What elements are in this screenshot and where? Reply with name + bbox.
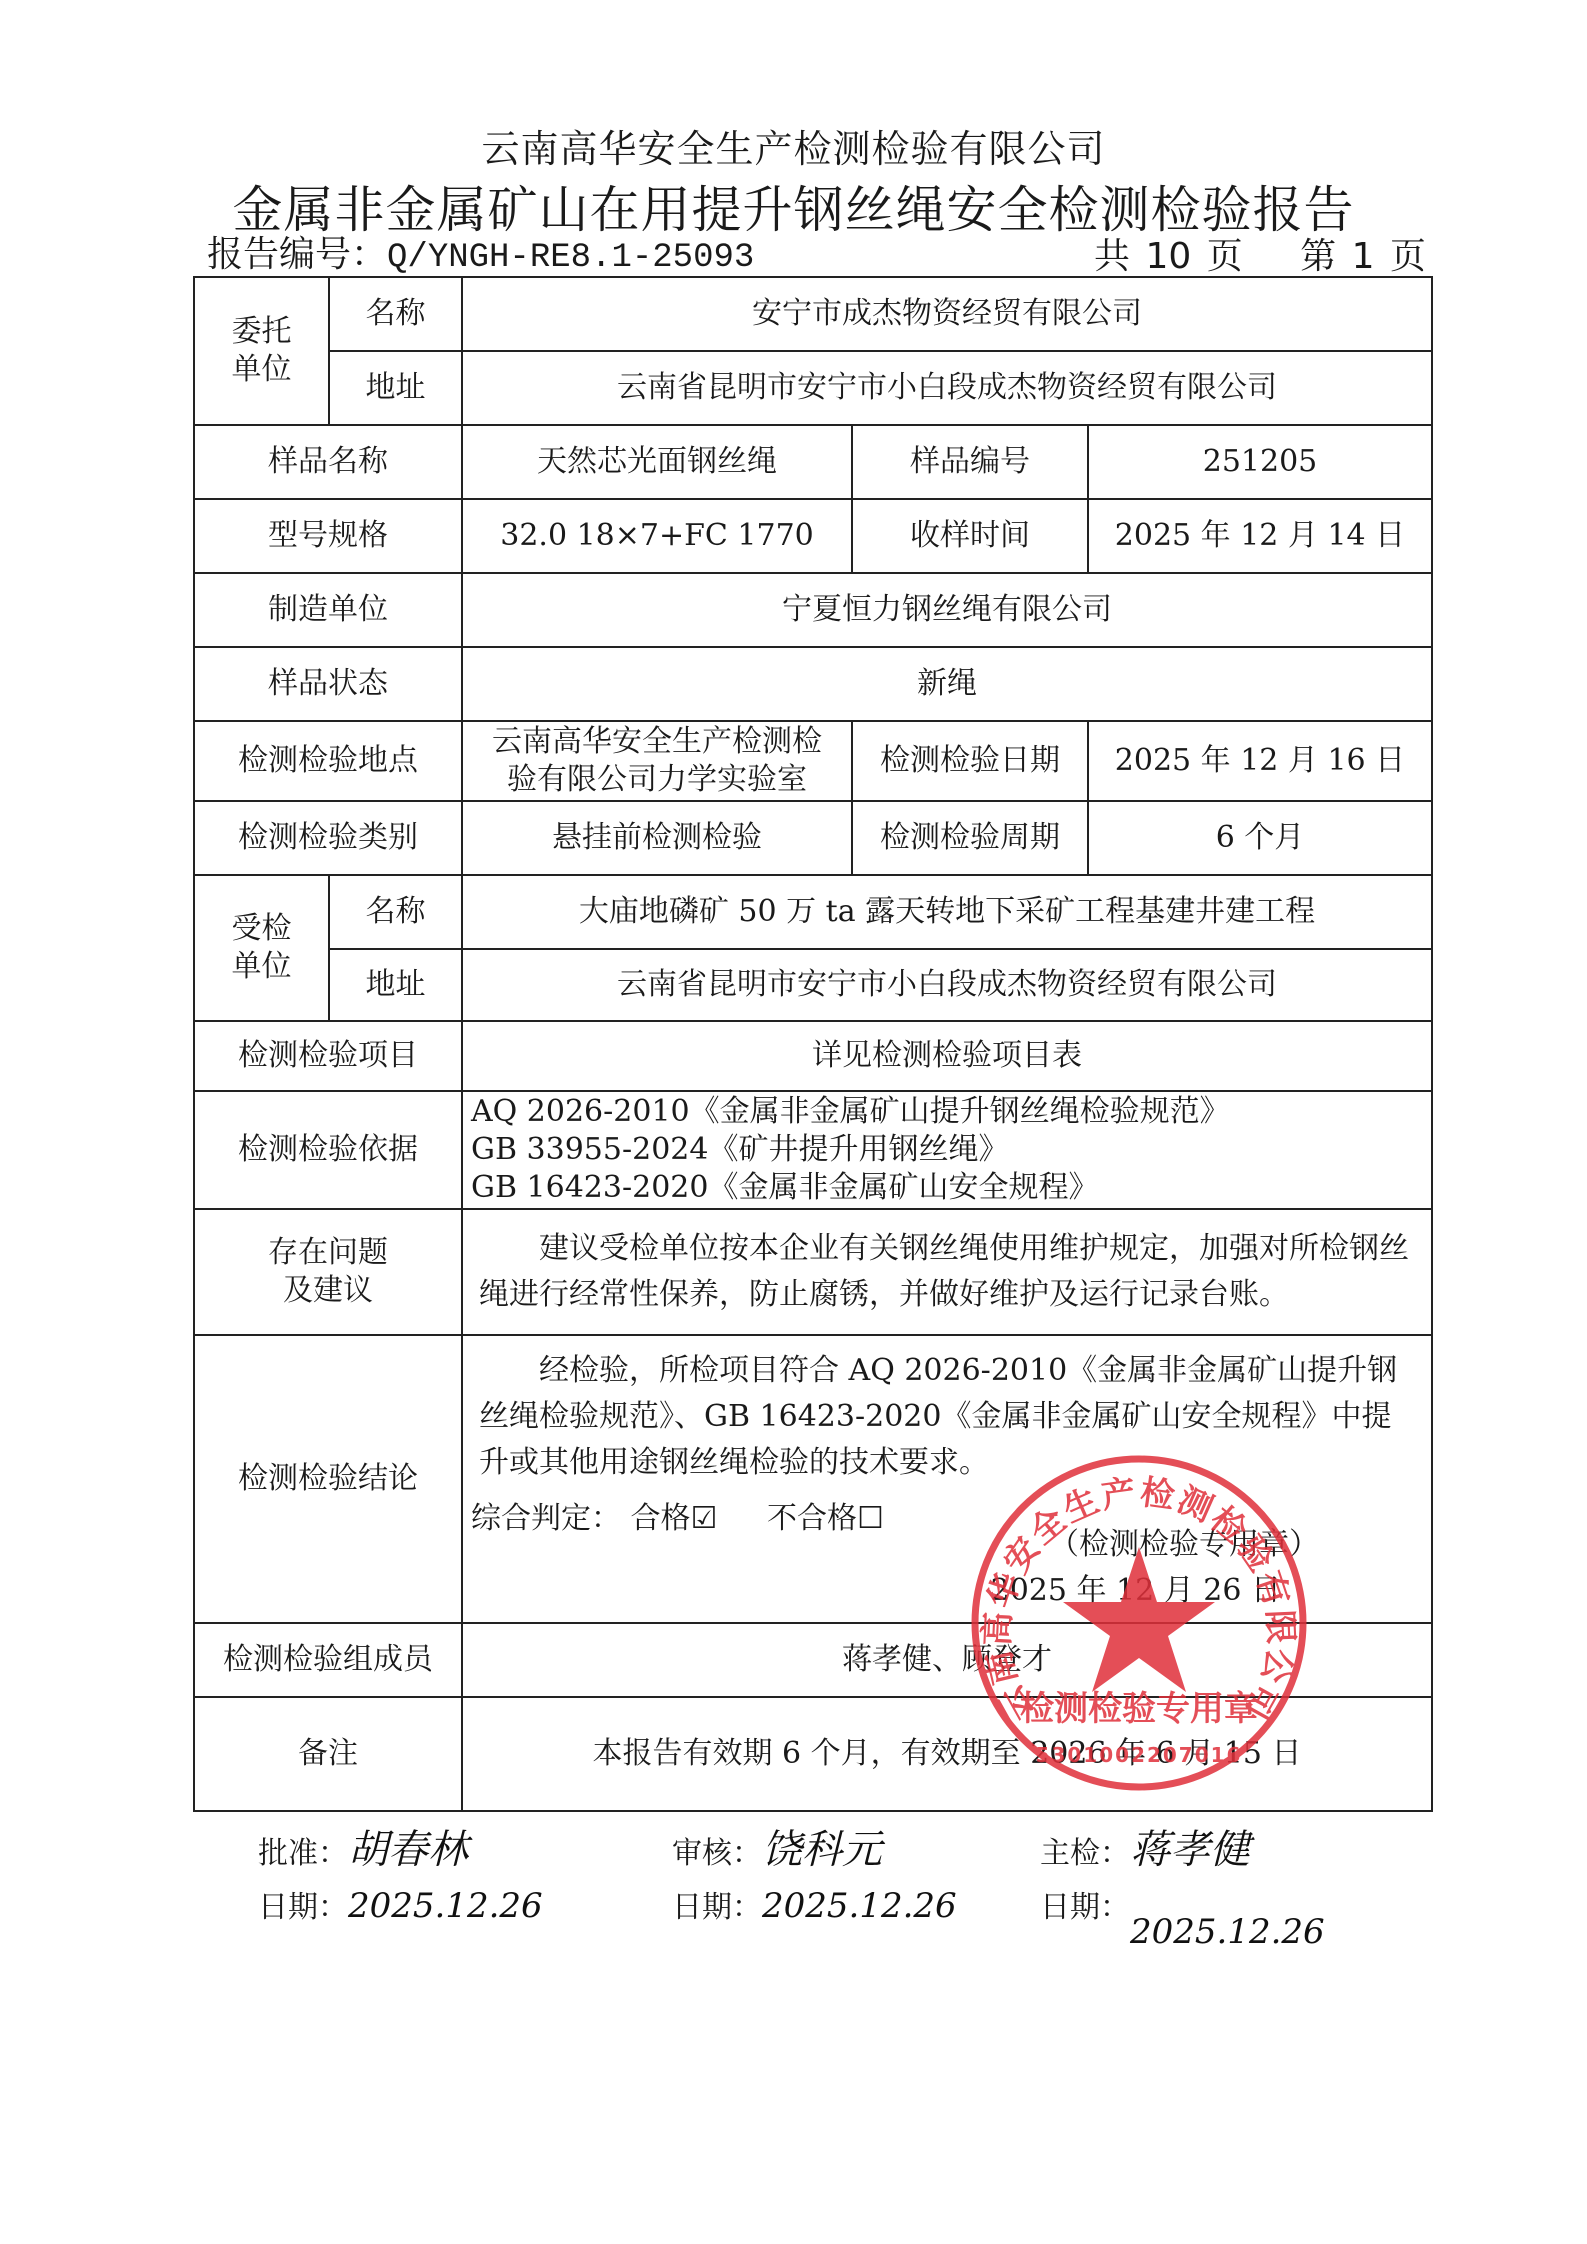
approve-label: 批准： (258, 1836, 348, 1871)
approve-date: 日期：2025.12.26 (258, 1882, 543, 1926)
issues-label-line1: 存在问题 (203, 1234, 453, 1272)
chief-date: 日期：2025.12.26 (1040, 1882, 1325, 1926)
received-label: 收样时间 (852, 499, 1088, 573)
pass-label: 合格 (631, 1501, 691, 1536)
chief-name: 蒋孝健 (1130, 1827, 1250, 1873)
client-group-label-line2: 单位 (203, 351, 320, 389)
fail-label: 不合格 (767, 1501, 857, 1536)
approve-date-label: 日期： (258, 1890, 348, 1925)
current-page: 第 1 页 (1300, 236, 1426, 277)
judgement-label: 综合判定： (471, 1501, 621, 1536)
sample-no-label: 样品编号 (852, 425, 1088, 499)
client-address-value: 云南省昆明市安宁市小白段成杰物资经贸有限公司 (462, 351, 1432, 425)
client-group-label: 委托 单位 (194, 277, 329, 425)
conclusion-label: 检测检验结论 (194, 1335, 462, 1623)
sample-no-value: 251205 (1088, 425, 1432, 499)
test-date-label: 检测检验日期 (852, 721, 1088, 801)
sample-state-label: 样品状态 (194, 647, 462, 721)
chief-date-label: 日期： (1040, 1890, 1130, 1925)
client-name-label: 名称 (329, 277, 462, 351)
review-date-value: 2025.12.26 (762, 1886, 957, 1926)
issues-value: 建议受检单位按本企业有关钢丝绳使用维护规定，加强对所检钢丝绳进行经常性保养，防止… (462, 1209, 1432, 1335)
approve-name: 胡春林 (348, 1827, 468, 1873)
team-label: 检测检验组成员 (194, 1623, 462, 1697)
model-label: 型号规格 (194, 499, 462, 573)
client-address-label: 地址 (329, 351, 462, 425)
inspected-group-label-line2: 单位 (203, 948, 320, 986)
category-label: 检测检验类别 (194, 801, 462, 875)
approve-signature: 批准：胡春林 (258, 1818, 468, 1875)
inspected-name-value: 大庙地磷矿 50 万 ta 露天转地下采矿工程基建井建工程 (462, 875, 1432, 949)
approve-date-value: 2025.12.26 (348, 1886, 543, 1926)
client-name-value: 安宁市成杰物资经贸有限公司 (462, 277, 1432, 351)
chief-signature: 主检：蒋孝健 (1040, 1818, 1250, 1875)
conclusion-text: 经检验，所检项目符合 AQ 2026-2010《金属非金属矿山提升钢丝绳检验规范… (471, 1348, 1423, 1486)
report-table: 委托 单位 名称 安宁市成杰物资经贸有限公司 地址 云南省昆明市安宁市小白段成杰… (193, 276, 1433, 1812)
issues-label: 存在问题 及建议 (194, 1209, 462, 1335)
stamp-caption: （检测检验专用章） (1049, 1526, 1319, 1564)
remarks-label: 备注 (194, 1697, 462, 1811)
inspected-group-label-line1: 受检 (203, 910, 320, 948)
location-value-line1: 云南高华安全生产检测检 (471, 723, 843, 761)
report-number-label: 报告编号： (207, 234, 387, 275)
location-value-line2: 验有限公司力学实验室 (471, 761, 843, 799)
inspected-address-value: 云南省昆明市安宁市小白段成杰物资经贸有限公司 (462, 949, 1432, 1021)
conclusion-cell: 经检验，所检项目符合 AQ 2026-2010《金属非金属矿山提升钢丝绳检验规范… (462, 1335, 1432, 1623)
stamp-date: 2025 年 12 月 26 日 (991, 1572, 1281, 1610)
report-number-value: Q/YNGH-RE8.1-25093 (387, 239, 754, 277)
location-value: 云南高华安全生产检测检 验有限公司力学实验室 (462, 721, 852, 801)
basis-item: GB 16423-2020《金属非金属矿山安全规程》 (471, 1169, 1423, 1207)
inspected-address-label: 地址 (329, 949, 462, 1021)
pass-checkbox-icon: ☑ (691, 1500, 718, 1538)
page-indicator: 共 10 页 第 1 页 (1088, 228, 1432, 279)
basis-label: 检测检验依据 (194, 1091, 462, 1209)
model-value: 32.0 18×7+FC 1770 (462, 499, 852, 573)
company-name: 云南高华安全生产检测检验有限公司 (0, 118, 1587, 173)
chief-label: 主检： (1040, 1836, 1130, 1871)
items-value: 详见检测检验项目表 (462, 1021, 1432, 1091)
basis-list: AQ 2026-2010《金属非金属矿山提升钢丝绳检验规范》 GB 33955-… (462, 1091, 1432, 1209)
basis-item: AQ 2026-2010《金属非金属矿山提升钢丝绳检验规范》 (471, 1093, 1423, 1131)
report-number: 报告编号：Q/YNGH-RE8.1-25093 (207, 226, 754, 277)
basis-item: GB 33955-2024《矿井提升用钢丝绳》 (471, 1131, 1423, 1169)
sample-name-label: 样品名称 (194, 425, 462, 499)
client-group-label-line1: 委托 (203, 313, 320, 351)
review-label: 审核： (672, 1836, 762, 1871)
location-label: 检测检验地点 (194, 721, 462, 801)
sample-name-value: 天然芯光面钢丝绳 (462, 425, 852, 499)
manufacturer-label: 制造单位 (194, 573, 462, 647)
test-date-value: 2025 年 12 月 16 日 (1088, 721, 1432, 801)
team-value: 蒋孝健、顾登才 (462, 1623, 1432, 1697)
cycle-label: 检测检验周期 (852, 801, 1088, 875)
review-date-label: 日期： (672, 1890, 762, 1925)
inspected-name-label: 名称 (329, 875, 462, 949)
total-pages: 共 10 页 (1094, 236, 1243, 277)
received-value: 2025 年 12 月 14 日 (1088, 499, 1432, 573)
issues-label-line2: 及建议 (203, 1272, 453, 1310)
sample-state-value: 新绳 (462, 647, 1432, 721)
items-label: 检测检验项目 (194, 1021, 462, 1091)
review-name: 饶科元 (762, 1827, 882, 1873)
manufacturer-value: 宁夏恒力钢丝绳有限公司 (462, 573, 1432, 647)
category-value: 悬挂前检测检验 (462, 801, 852, 875)
remarks-value: 本报告有效期 6 个月，有效期至 2026 年 6 月 15 日 (462, 1697, 1432, 1811)
chief-date-value: 2025.12.26 (1130, 1912, 1325, 1952)
cycle-value: 6 个月 (1088, 801, 1432, 875)
issues-text: 建议受检单位按本企业有关钢丝绳使用维护规定，加强对所检钢丝绳进行经常性保养，防止… (471, 1226, 1423, 1318)
review-date: 日期：2025.12.26 (672, 1882, 957, 1926)
review-signature: 审核：饶科元 (672, 1818, 882, 1875)
inspected-group-label: 受检 单位 (194, 875, 329, 1021)
fail-checkbox-icon: ☐ (857, 1500, 884, 1538)
